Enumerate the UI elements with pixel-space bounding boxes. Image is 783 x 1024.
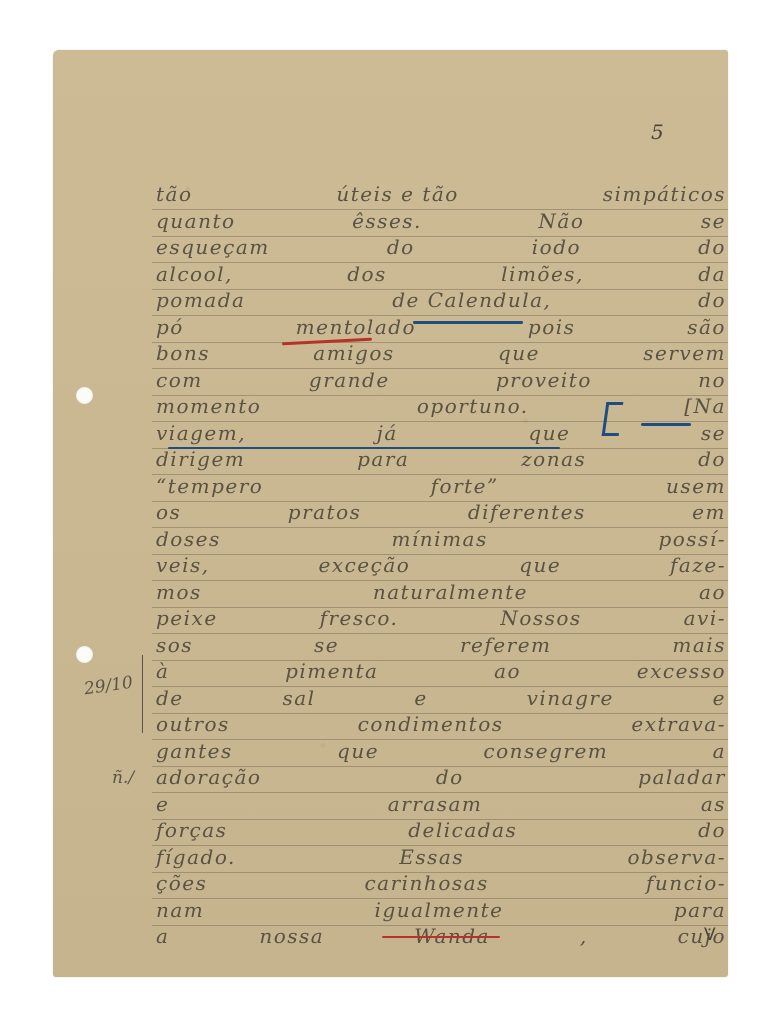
handwritten-word: consegrem [483,739,608,763]
handwritten-word: para [674,898,726,922]
handwritten-line: pómentoladopoissão [156,315,726,339]
handwritten-word: nam [156,898,204,922]
handwritten-word: da [698,262,726,286]
margin-vertical-bar [142,655,143,733]
handwritten-word: referem [460,633,552,657]
handwritten-word: tão [156,182,193,206]
handwritten-word: [Na [684,394,726,418]
handwritten-word: amigos [313,341,394,365]
handwritten-word: no [698,368,726,392]
handwritten-line: earrasamas [156,792,726,816]
handwritten-word: cujo [678,924,726,948]
handwritten-word: que [337,739,379,763]
handwritten-word: possí- [658,527,726,551]
handwritten-line: outroscondimentosextrava- [156,712,726,736]
handwritten-line: fígado.Essasobserva- [156,845,726,869]
handwritten-word: iodo [532,235,581,259]
handwritten-word: que [528,421,570,445]
handwritten-word: Não [538,209,584,233]
handwritten-line: bonsamigosqueservem [156,341,726,365]
handwritten-word: limões, [501,262,584,286]
handwritten-word: para [357,447,409,471]
handwritten-word: dirigem [156,447,245,471]
handwritten-word: pois [528,315,576,339]
handwritten-word: ao [494,659,521,683]
punch-hole-top [76,387,93,404]
handwritten-word: êsses. [352,209,422,233]
handwritten-word: viagem, [156,421,246,445]
handwritten-word: arrasam [388,792,483,816]
handwritten-word: zonas [521,447,586,471]
handwritten-word: exceção [318,553,410,577]
handwritten-word: Essas [399,845,464,869]
handwritten-word: mínimas [391,527,487,551]
handwritten-line: àpimentaaoexcesso [156,659,726,683]
handwritten-word: se [314,633,339,657]
blue-underline-viagem [168,447,560,449]
handwritten-word: forte” [431,474,499,498]
handwritten-line: comgrandeproveitono [156,368,726,392]
handwritten-word: outros [156,712,230,736]
handwritten-word: que [519,553,561,577]
handwritten-word: em [692,500,726,524]
handwritten-word: bons [156,341,210,365]
handwritten-line: desalevinagree [156,686,726,710]
handwritten-line: mosnaturalmenteao [156,580,726,604]
handwritten-word: pratos [288,500,362,524]
handwritten-word: que [498,341,540,365]
handwritten-word: funcio- [646,871,726,895]
handwritten-word: forças [156,818,227,842]
handwritten-word: extrava- [631,712,726,736]
handwritten-word: ao [699,580,726,604]
blue-dash-na [641,423,691,426]
handwritten-word: as [701,792,726,816]
handwritten-word: a [713,739,726,763]
handwritten-word: fresco. [320,606,399,630]
handwritten-word: se [701,421,726,445]
handwritten-line: dirigemparazonasdo [156,447,726,471]
handwritten-word: do [698,235,726,259]
handwritten-word: adoração [156,765,261,789]
red-underline-wanda [382,936,500,938]
handwritten-word: vinagre [527,686,614,710]
handwritten-line: alcool,doslimões,da [156,262,726,286]
handwritten-line: “temperoforte”usem [156,474,726,498]
handwritten-word: proveito [496,368,592,392]
handwritten-word: quanto [156,209,236,233]
handwritten-word: , [580,924,588,948]
handwritten-line: pomadade Calendula,do [156,288,726,312]
handwritten-word: mentolado [296,315,416,339]
handwritten-line: dosesmínimaspossí- [156,527,726,551]
handwritten-word: já [377,421,398,445]
handwritten-line: quantoêsses.Nãose [156,209,726,233]
handwritten-word: os [156,500,181,524]
handwritten-line: adoraçãodopaladar [156,765,726,789]
handwritten-word: pimenta [285,659,378,683]
handwritten-word: de Calendula, [392,288,551,312]
handwritten-word: igualmente [375,898,504,922]
handwritten-word: “tempero [156,474,263,498]
handwritten-word: esqueçam [156,235,270,259]
handwritten-word: ções [156,871,207,895]
handwritten-word: momento [156,394,261,418]
handwritten-word: excesso [637,659,726,683]
margin-mark-note: ñ./ [112,768,134,788]
handwritten-word: do [698,447,726,471]
handwritten-word: naturalmente [373,580,528,604]
handwritten-line: forçasdelicadasdo [156,818,726,842]
blue-underline-calendula [413,321,523,324]
handwritten-word: fígado. [156,845,236,869]
handwritten-word: e [414,686,427,710]
handwritten-word: alcool, [156,262,233,286]
handwritten-word: dos [347,262,387,286]
handwritten-word: são [687,315,726,339]
handwritten-word: condimentos [358,712,504,736]
handwritten-word: mais [672,633,726,657]
handwritten-line: çõescarinhosasfuncio- [156,871,726,895]
handwritten-word: gantes [156,739,233,763]
handwritten-word: carinhosas [364,871,488,895]
punch-hole-bottom [76,646,93,663]
handwritten-word: com [156,368,203,392]
handwritten-word: úteis e tão [336,182,458,206]
handwritten-word: do [387,235,415,259]
handwritten-word: sos [156,633,193,657]
handwritten-word: delicadas [408,818,517,842]
handwritten-line: peixefresco.Nossosavi- [156,606,726,630]
handwritten-word: avi- [684,606,726,630]
handwritten-line: ospratosdiferentesem [156,500,726,524]
handwritten-word: veis, [156,553,210,577]
handwritten-word: oportuno. [417,394,529,418]
handwritten-word: e [713,686,726,710]
handwritten-word: doses [156,527,221,551]
handwritten-word: faze- [670,553,726,577]
handwritten-word: paladar [638,765,726,789]
handwritten-line: namigualmentepara [156,898,726,922]
handwritten-word: e [156,792,169,816]
handwritten-word: do [436,765,464,789]
handwritten-word: nossa [259,924,324,948]
handwritten-word: do [698,818,726,842]
handwritten-word: simpáticos [603,182,726,206]
page-number: 5 [651,120,664,144]
handwritten-line: tãoúteis e tãosimpáticos [156,182,726,206]
handwritten-word: à [156,659,169,683]
handwritten-word: usem [666,474,726,498]
handwritten-word: se [701,209,726,233]
handwritten-line: veis,exceçãoquefaze- [156,553,726,577]
handwritten-line: momentooportuno.[Na [156,394,726,418]
handwritten-word: a [156,924,169,948]
handwritten-word: mos [156,580,202,604]
handwritten-word: de [156,686,184,710]
handwritten-word: do [698,288,726,312]
handwritten-word: sal [282,686,315,710]
handwritten-line: sossereferemmais [156,633,726,657]
handwritten-line: esqueçamdoiododo [156,235,726,259]
handwritten-word: peixe [156,606,218,630]
handwritten-word: observa- [628,845,726,869]
handwritten-word: pó [156,315,184,339]
check-mark: V [704,925,716,945]
handwritten-word: diferentes [468,500,586,524]
handwritten-word: Nossos [500,606,581,630]
handwritten-line: gantesqueconsegrema [156,739,726,763]
handwritten-word: grande [309,368,390,392]
handwritten-word: pomada [156,288,245,312]
handwritten-word: servem [643,341,726,365]
